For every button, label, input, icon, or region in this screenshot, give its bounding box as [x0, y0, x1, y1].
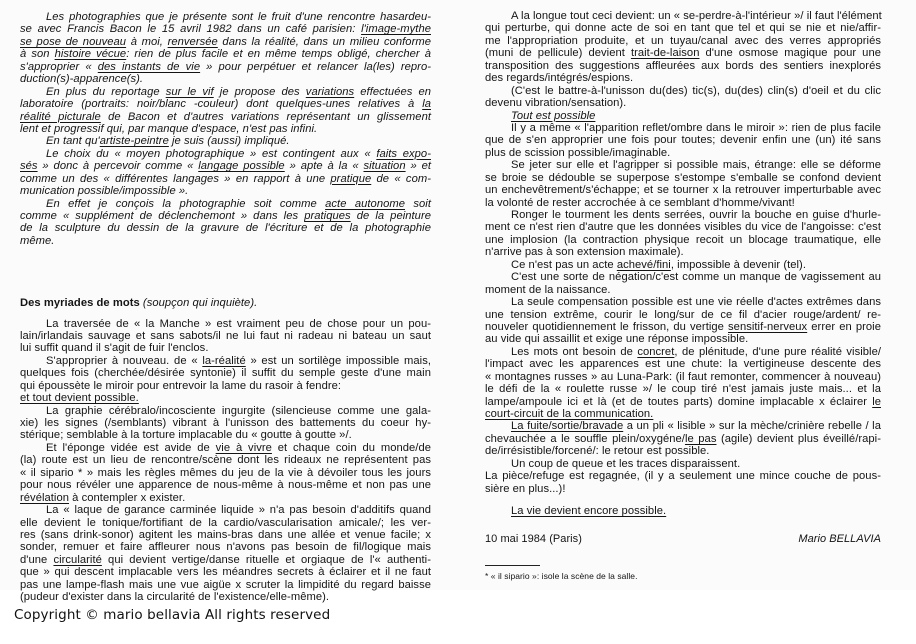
intro-paragraph: En effet je conçois la photographie soit…	[20, 198, 431, 248]
text-line: En effet je conçois la photographie soit…	[20, 198, 431, 210]
text-line: (la) route est un lieu de rencontre/scèn…	[20, 454, 431, 466]
text-line: que » qui descent implacable vers les mé…	[20, 566, 431, 578]
text-segment: , impossible à devenir (tel).	[671, 259, 806, 271]
underlined-phrase: concret	[637, 346, 674, 358]
text-segment: soit	[405, 198, 431, 210]
underlined-phrase: la-réalité	[202, 355, 245, 367]
text-line: transposition des suggestions affleurées…	[485, 60, 881, 72]
text-line: Ronger le tourment les dents serrées, ou…	[485, 209, 881, 221]
text-line: lent et progressif qui, par manque d'esp…	[20, 123, 431, 135]
text-segment: qui devient vertige/danse rituelle et or…	[102, 554, 431, 566]
text-line: même.	[20, 235, 431, 247]
text-segment: (la) route est un lieu de rencontre/scèn…	[20, 454, 431, 466]
text-line: moment de la naissance.	[485, 284, 881, 296]
underlined-phrase: vie à vivre	[216, 442, 272, 454]
text-line: un enchevêtrement/s'échappe; et se tourn…	[485, 184, 881, 196]
text-segment: Et l'éponge vidée est avide de	[46, 442, 216, 454]
text-segment: d'une osmose magique pour une	[699, 47, 881, 59]
text-segment: à moi,	[126, 36, 168, 48]
section-heading: Des myriades de mots (soupçon qui inquiè…	[20, 297, 431, 309]
text-line: s'approprier « des instants de vie » pou…	[20, 61, 431, 73]
body-paragraph: Se jeter sur elle et l'agripper si possi…	[485, 159, 881, 209]
text-segment: » apte à la «	[285, 160, 364, 172]
intro-paragraph: Le choix du « moyen photographique » est…	[20, 148, 431, 198]
text-line: Le choix du « moyen photographique » est…	[20, 148, 431, 160]
body-paragraph: C'est une sorte de négation/c'est comme …	[485, 271, 881, 296]
text-line: et tout devient possible.	[20, 392, 431, 404]
text-segment: munication possible/impossible ».	[20, 185, 188, 197]
underlined-phrase: achevé/fini	[617, 259, 671, 271]
text-line: duction(s)-apparence(s).	[20, 73, 431, 85]
text-line: n'arrive pas à son extension maximale).	[485, 246, 881, 258]
text-segment: (agile) devient plus éveillé/rapi-	[716, 433, 881, 445]
text-segment: de la sculpture du dessin de la gravure …	[20, 222, 431, 234]
text-line: réalité picturale de Bacon et d'autres v…	[20, 111, 431, 123]
text-line: se avec Francis Bacon le 15 avril 1982 d…	[20, 23, 431, 35]
text-line: chevauchée a le souffle plein/oxygéne/le…	[485, 433, 881, 445]
text-line: des regards/intégrés/espions.	[485, 72, 881, 84]
scanned-document-page: Les photographies que je présente sont l…	[0, 0, 916, 590]
text-segment: La « laque de garance carminée liquide »…	[46, 504, 431, 516]
text-segment: pour nous révéler une apparence de nous-…	[20, 479, 431, 491]
text-segment: errer en proie	[807, 321, 881, 333]
text-segment: la volonté de rester accrochée à ce semb…	[485, 197, 795, 209]
text-segment: » pour perpétuer et relancer la(les) rep…	[200, 61, 431, 73]
body-paragraph: A la longue tout ceci devient: un « se-p…	[485, 10, 881, 85]
text-segment: qui époussète le miroir pour entrevoir l…	[20, 380, 341, 392]
underlined-phrase: le pas	[685, 433, 717, 445]
text-segment: transposition des suggestions affleurées…	[485, 60, 881, 72]
underlined-phrase: renversée	[168, 36, 218, 48]
text-line: Se jeter sur elle et l'agripper si possi…	[485, 159, 881, 171]
text-line: Il y a même « l'apparition reflet/ombre …	[485, 122, 881, 134]
text-line: que de s'en approprier une fois pour tou…	[485, 134, 881, 146]
text-segment: me l'appropriation produite, et un tuyau…	[485, 35, 881, 47]
author-name: Mario BELLAVIA	[798, 533, 881, 545]
text-segment: devenu vibration/sensation).	[485, 97, 626, 109]
text-segment: La pièce/refuge est regagnée, (il y a se…	[485, 470, 881, 482]
text-line: révélation à contempler x exister.	[20, 492, 431, 504]
section-title: Des myriades de mots	[20, 297, 143, 309]
text-line: lampe/ampoule ici et là (et de toutes pa…	[485, 396, 881, 408]
text-line: plus de scission possible/imaginable.	[485, 147, 881, 159]
text-segment: En effet je conçois la photographie soit…	[46, 198, 325, 210]
text-segment: laboratoire (portraits: noir/blanc -coul…	[20, 98, 422, 110]
body-paragraph: La graphie cérébralo/incosciente ingurgi…	[20, 405, 431, 442]
text-line: une implosion (la contraction physique r…	[485, 234, 881, 246]
text-line: se pose de nouveau à moi, renversée dans…	[20, 36, 431, 48]
text-line: En plus du reportage sur le vif je propo…	[20, 86, 431, 98]
text-segment: au vide qui assaillit et exige une répon…	[485, 333, 748, 345]
footnote-divider	[485, 565, 540, 566]
text-line: (C'est le battre-à-l'unisson du(des) tic…	[485, 85, 881, 97]
text-line: au vide qui assaillit et exige une répon…	[485, 333, 881, 345]
text-segment: à son	[20, 48, 55, 60]
text-line: Les photographies que je présente sont l…	[20, 11, 431, 23]
underlined-phrase: réalité picturale	[20, 111, 101, 123]
text-segment: se broie se dédouble se superpose s'esto…	[485, 172, 881, 184]
underlined-phrase: La fuite/sortie/bravade	[511, 420, 623, 432]
text-segment: je propose des	[214, 86, 306, 98]
text-line: comme un des « différentes langages » en…	[20, 173, 431, 185]
copyright-notice: Copyright © mario bellavia All rights re…	[14, 607, 330, 623]
text-segment: que de s'en approprier une fois pour tou…	[485, 134, 881, 146]
underlined-phrase: langage possible	[198, 160, 284, 172]
text-line: de/irrésistible/forcené/: le retour est …	[485, 445, 881, 457]
text-segment: s'approprier «	[20, 61, 98, 73]
intro-paragraph: Les photographies que je présente sont l…	[20, 11, 431, 86]
underlined-phrase: des instants de vie	[98, 61, 200, 73]
text-segment: : rien de plus facile et en même temps o…	[126, 48, 431, 60]
text-line: A la longue tout ceci devient: un « se-p…	[485, 10, 881, 22]
text-segment: (muni de pellicule) devient	[485, 47, 631, 59]
text-segment: res (sans drink-sonor) agitent les mains…	[20, 529, 431, 541]
text-line: (pudeur d'exister dans la circularité de…	[20, 591, 431, 603]
text-segment: « montagnes russes » au Luna-Park: (il f…	[485, 371, 881, 383]
text-segment: Les mots ont besoin de	[511, 346, 637, 358]
underlined-phrase: sés	[20, 160, 38, 172]
text-segment: La traversée de « la Manche » est vraime…	[46, 318, 431, 330]
text-segment: je suis (aussi) impliqué.	[169, 135, 290, 147]
underlined-phrase: Tout est possible	[511, 110, 595, 122]
text-line: lain/irlandais sauvage et sans sabots/il…	[20, 330, 431, 342]
text-segment: sonder, remuer et faire affleurer nous n…	[20, 541, 431, 553]
body-paragraph: Tout est possible	[485, 110, 881, 122]
text-segment: lui suffit quand il s'agit de fuir l'enc…	[20, 342, 208, 354]
intro-paragraph: En plus du reportage sur le vif je propo…	[20, 86, 431, 136]
text-segment: à contempler x exister.	[69, 492, 185, 504]
text-segment: nouveler quotidiennement le frisson, du …	[485, 321, 728, 333]
text-line: Les mots ont besoin de concret, de pléni…	[485, 346, 881, 358]
body-paragraph: La fuite/sortie/bravade a un pli « lisib…	[485, 420, 881, 457]
text-segment: En plus du reportage	[46, 86, 166, 98]
text-segment: (pudeur d'exister dans la circularité de…	[20, 591, 329, 603]
text-segment: (C'est le battre-à-l'unisson du(des) tic…	[511, 85, 881, 97]
text-line: de la sculpture du dessin de la gravure …	[20, 222, 431, 234]
body-paragraph: La seule compensation possible est une v…	[485, 296, 881, 346]
text-segment: « il sipario * » mais les règles mêmes d…	[20, 467, 431, 479]
text-line: elle devient le tonique/fortifiant de la…	[20, 517, 431, 529]
text-segment: sière en plus...)!	[485, 483, 566, 495]
text-line: sés » donc à percevoir comme « langage p…	[20, 160, 431, 172]
text-segment: Se jeter sur elle et l'agripper si possi…	[511, 159, 881, 171]
text-segment: dans la réalité, dans un milieu conforme	[218, 36, 431, 48]
underlined-phrase: variations	[306, 86, 354, 98]
text-segment: lain/irlandais sauvage et sans sabots/il…	[20, 330, 431, 342]
text-segment: que » qui descent implacable vers les mé…	[20, 566, 431, 578]
text-line: à son histoire vécue: rien de plus facil…	[20, 48, 431, 60]
text-line: La graphie cérébralo/incosciente ingurgi…	[20, 405, 431, 417]
text-line: munication possible/impossible ».	[20, 185, 431, 197]
text-segment: » et	[406, 160, 431, 172]
text-segment: d'une	[20, 554, 53, 566]
underlined-phrase: histoire vécue	[55, 48, 127, 60]
text-segment: » donc à percevoir comme «	[38, 160, 199, 172]
underlined-phrase: artiste-peintre	[100, 135, 169, 147]
underlined-phrase: court-circuit de la communication.	[485, 408, 653, 420]
text-line: (muni de pellicule) devient trait-de-lai…	[485, 47, 881, 59]
text-segment: ment ce n'est rien d'autre que les donné…	[485, 221, 881, 233]
text-line: nouveler quotidiennement le frisson, du …	[485, 321, 881, 333]
text-line: res (sans drink-sonor) agitent les mains…	[20, 529, 431, 541]
text-segment: une implosion (la contraction physique r…	[485, 234, 881, 246]
intro-paragraph: En tant qu'artiste-peintre je suis (auss…	[20, 135, 431, 147]
text-segment: A la longue tout ceci devient: un « se-p…	[511, 10, 882, 22]
text-segment: Le choix du « moyen photographique » est…	[46, 148, 376, 160]
text-segment: et chaque coin du monde/de	[272, 442, 431, 454]
body-paragraph: S'approprier à nouveau. de « la-réalité …	[20, 355, 431, 405]
text-segment: xie) les signes (/semblants) vibrant à l…	[20, 417, 431, 429]
text-line: qui perturbe, qui donne acte de soi en t…	[485, 22, 881, 34]
text-line: La pièce/refuge est regagnée, (il y a se…	[485, 470, 881, 482]
text-line: pas une lampe-flash mais une vue aigüe x…	[20, 579, 431, 591]
text-line: En tant qu'artiste-peintre je suis (auss…	[20, 135, 431, 147]
section-subtitle: (soupçon qui inquiète).	[143, 297, 257, 309]
underlined-phrase: se pose de nouveau	[20, 36, 126, 48]
underlined-phrase: l'image-mythe	[361, 23, 431, 35]
text-line: le défi de la « roulette russe »/ le cou…	[485, 383, 881, 395]
footnote: * « il sipario »: isole la scène de la s…	[485, 570, 881, 582]
text-segment: le défi de la « roulette russe »/ le cou…	[485, 383, 881, 395]
text-segment: En tant qu'	[46, 135, 100, 147]
text-line: une tension extrême, courir le long/sur …	[485, 309, 881, 321]
text-segment: Un coup de queue et les traces disparais…	[511, 458, 740, 470]
text-line: stérique; semblable à la torture implaca…	[20, 429, 431, 441]
text-segment: stérique; semblable à la torture implaca…	[20, 429, 352, 441]
underlined-phrase: La vie devient encore possible.	[511, 505, 666, 517]
text-segment: lent et progressif qui, par manque d'esp…	[20, 123, 317, 135]
text-segment: , de plénitude, d'une pure réalité visib…	[674, 346, 881, 358]
text-segment: une tension extrême, courir le long/sur …	[485, 309, 881, 321]
text-segment: de Bacon et d'autres variations représen…	[101, 111, 431, 123]
text-line: comme « supplément de déclenchemont » da…	[20, 210, 431, 222]
text-line: qui époussète le miroir pour entrevoir l…	[20, 380, 431, 392]
text-segment: plus de scission possible/imaginable.	[485, 147, 670, 159]
text-segment: Il y a même « l'apparition reflet/ombre …	[511, 122, 881, 134]
text-line: me l'appropriation produite, et un tuyau…	[485, 35, 881, 47]
text-line: d'une circularité qui devient vertige/da…	[20, 554, 431, 566]
text-segment: quelques fois (cherchée/désirée syntonie…	[20, 367, 431, 379]
underlined-phrase: sur le vif	[166, 86, 214, 98]
underlined-phrase: situation	[363, 160, 405, 172]
text-line: sonder, remuer et faire affleurer nous n…	[20, 541, 431, 553]
text-segment: de/irrésistible/forcené/: le retour est …	[485, 445, 709, 457]
text-line: sière en plus...)!	[485, 483, 881, 495]
text-line: La fuite/sortie/bravade a un pli « lisib…	[485, 420, 881, 432]
body-paragraph: (C'est le battre-à-l'unisson du(des) tic…	[485, 85, 881, 110]
signature-row: 10 mai 1984 (Paris)Mario BELLAVIA	[485, 533, 881, 545]
text-segment: duction(s)-apparence(s).	[20, 73, 143, 85]
body-paragraph: Les mots ont besoin de concret, de pléni…	[485, 346, 881, 421]
underlined-phrase: circularité	[53, 554, 101, 566]
text-segment: La seule compensation possible est une v…	[511, 296, 881, 308]
text-segment: qui perturbe, qui donne acte de soi en t…	[485, 22, 881, 34]
text-segment: C'est une sorte de négation/c'est comme …	[511, 271, 881, 283]
text-segment: Ce n'est pas un acte	[511, 259, 617, 271]
text-line: La « laque de garance carminée liquide »…	[20, 504, 431, 516]
body-paragraph: Un coup de queue et les traces disparais…	[485, 458, 881, 470]
text-line: La seule compensation possible est une v…	[485, 296, 881, 308]
text-line: pour nous révéler une apparence de nous-…	[20, 479, 431, 491]
text-segment: effectuées en	[354, 86, 431, 98]
body-paragraph: Ronger le tourment les dents serrées, ou…	[485, 209, 881, 259]
text-line: court-circuit de la communication.	[485, 408, 881, 420]
text-segment: l'impact avec les apparences est une chu…	[485, 358, 881, 370]
text-segment: » est un sortilège impossible mais,	[246, 355, 431, 367]
text-segment: S'approprier à nouveau. de «	[46, 355, 202, 367]
underlined-phrase: sensitif-nerveux	[728, 321, 807, 333]
body-paragraph: La traversée de « la Manche » est vraime…	[20, 318, 431, 355]
closing-line: La vie devient encore possible.	[485, 505, 881, 517]
text-line: Tout est possible	[485, 110, 881, 122]
text-segment: elle devient le tonique/fortifiant de la…	[20, 517, 431, 529]
underlined-phrase: et tout devient possible.	[20, 392, 139, 404]
text-line: « il sipario * » mais les règles mêmes d…	[20, 467, 431, 479]
underlined-phrase: trait-de-laison	[631, 47, 700, 59]
text-line: Et l'éponge vidée est avide de vie à viv…	[20, 442, 431, 454]
text-segment: de « com-	[371, 173, 431, 185]
body-paragraph: La pièce/refuge est regagnée, (il y a se…	[485, 470, 881, 495]
body-paragraph: La « laque de garance carminée liquide »…	[20, 504, 431, 604]
underlined-phrase: la	[422, 98, 431, 110]
text-segment: Les photographies que je présente sont l…	[46, 11, 431, 23]
underlined-phrase: acte autonome	[325, 198, 405, 210]
body-paragraph: Ce n'est pas un acte achevé/fini, imposs…	[485, 259, 881, 271]
text-line: laboratoire (portraits: noir/blanc -coul…	[20, 98, 431, 110]
text-segment: comme « supplément de déclenchemont » da…	[20, 210, 304, 222]
text-line: ment ce n'est rien d'autre que les donné…	[485, 221, 881, 233]
text-segment: se avec Francis Bacon le 15 avril 1982 d…	[20, 23, 361, 35]
text-line: l'impact avec les apparences est une chu…	[485, 358, 881, 370]
text-segment: comme un des « différentes langages » en…	[20, 173, 330, 185]
right-column: A la longue tout ceci devient: un « se-p…	[485, 10, 881, 582]
text-segment: même.	[20, 235, 54, 247]
body-paragraph: Il y a même « l'apparition reflet/ombre …	[485, 122, 881, 159]
text-segment: un enchevêtrement/s'échappe; et se tourn…	[485, 184, 881, 196]
text-segment: pas une lampe-flash mais une vue aigüe x…	[20, 579, 431, 591]
text-segment: des regards/intégrés/espions.	[485, 72, 633, 84]
text-segment: chevauchée a le souffle plein/oxygéne/	[485, 433, 685, 445]
text-line: Ce n'est pas un acte achevé/fini, imposs…	[485, 259, 881, 271]
text-line: « montagnes russes » au Luna-Park: (il f…	[485, 371, 881, 383]
text-line: lui suffit quand il s'agit de fuir l'enc…	[20, 342, 431, 354]
text-segment: La graphie cérébralo/incosciente ingurgi…	[46, 405, 431, 417]
text-segment: de la peinture	[351, 210, 431, 222]
left-column: Les photographies que je présente sont l…	[20, 11, 431, 604]
text-line: Un coup de queue et les traces disparais…	[485, 458, 881, 470]
text-segment: moment de la naissance.	[485, 284, 611, 296]
underlined-phrase: révélation	[20, 492, 69, 504]
text-line: quelques fois (cherchée/désirée syntonie…	[20, 367, 431, 379]
text-line: C'est une sorte de négation/c'est comme …	[485, 271, 881, 283]
text-segment: lampe/ampoule ici et là (et de toutes pa…	[485, 396, 872, 408]
text-segment: a un pli « lisible » sur la mèche/criniè…	[623, 420, 881, 432]
date-place: 10 mai 1984 (Paris)	[485, 533, 582, 545]
underlined-phrase: pratiques	[304, 210, 350, 222]
underlined-phrase: le	[872, 396, 881, 408]
text-segment: n'arrive pas à son extension maximale).	[485, 246, 684, 258]
text-line: S'approprier à nouveau. de « la-réalité …	[20, 355, 431, 367]
underlined-phrase: pratique	[330, 173, 371, 185]
underlined-phrase: faits expo-	[376, 148, 431, 160]
body-paragraph: Et l'éponge vidée est avide de vie à viv…	[20, 442, 431, 504]
text-line: la volonté de rester accrochée à ce semb…	[485, 197, 881, 209]
text-segment: Ronger le tourment les dents serrées, ou…	[511, 209, 881, 221]
text-line: La traversée de « la Manche » est vraime…	[20, 318, 431, 330]
text-line: se broie se dédouble se superpose s'esto…	[485, 172, 881, 184]
text-line: xie) les signes (/semblants) vibrant à l…	[20, 417, 431, 429]
text-line: devenu vibration/sensation).	[485, 97, 881, 109]
